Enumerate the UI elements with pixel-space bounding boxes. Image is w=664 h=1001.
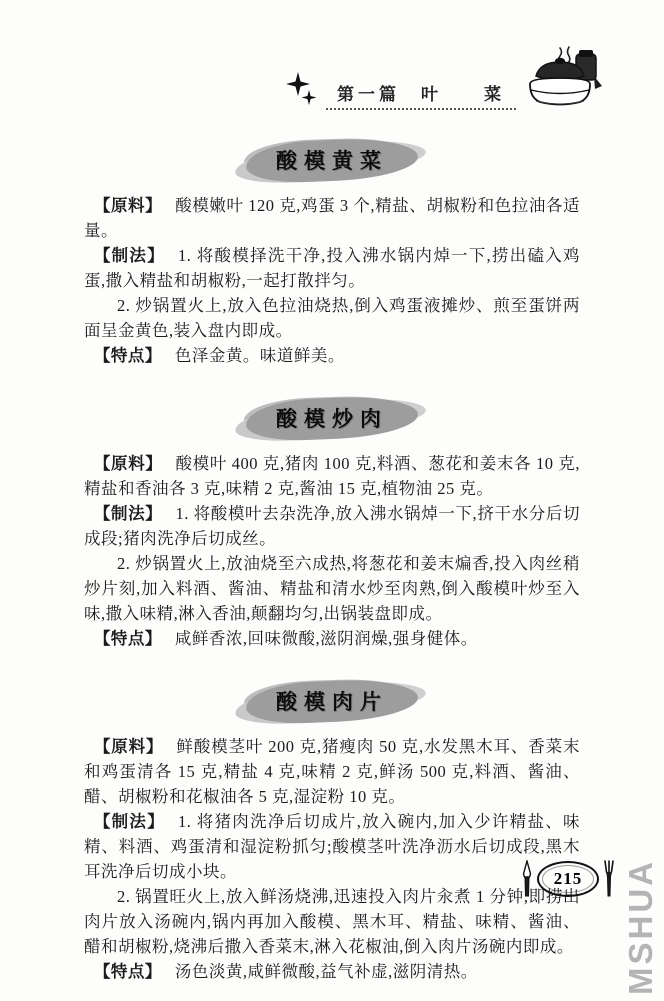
features-label: 【特点】 [94, 962, 162, 981]
features-paragraph: 【特点】汤色淡黄,咸鲜微酸,益气补虚,滋阴清热。 [84, 959, 580, 984]
recipe-section-3: 酸模肉片 【原料】鲜酸模茎叶 200 克,猪瘦肉 50 克,水发黑木耳、香菜末和… [84, 681, 580, 984]
method-label: 【制法】 [94, 812, 165, 831]
recipe-section-2: 酸模炒肉 【原料】酸模叶 400 克,猪肉 100 克,料酒、葱花和姜末各 10… [84, 398, 580, 651]
features-text: 色泽金黄。味道鲜美。 [175, 346, 345, 365]
method-step-2: 2. 炒锅置火上,放入色拉油烧热,倒入鸡蛋液摊炒、煎至蛋饼两面呈金黄色,装入盘内… [84, 296, 580, 340]
method-step-2: 2. 炒锅置火上,放油烧至六成热,将葱花和姜末煸香,投入肉丝稍炒片刻,加入料酒、… [84, 554, 580, 623]
method-step-2: 2. 锅置旺火上,放入鲜汤烧沸,迅速投入肉片汆煮 1 分钟,即捞出肉片放入汤碗内… [84, 887, 580, 956]
book-page: 第一篇 叶 菜 [0, 0, 664, 1001]
chapter-header: 第一篇 叶 菜 [284, 44, 606, 110]
method-label: 【制法】 [94, 504, 163, 523]
ingredients-label: 【原料】 [94, 737, 164, 756]
features-paragraph: 【特点】咸鲜香浓,回味微酸,滋阴润燥,强身健体。 [84, 626, 580, 651]
sparkle-stars-icon [284, 72, 326, 108]
recipe-banner: 酸模黄菜 [246, 140, 418, 181]
method-step-paragraph: 2. 炒锅置火上,放油烧至六成热,将葱花和姜末煸香,投入肉丝稍炒片刻,加入料酒、… [84, 551, 580, 626]
method-step-paragraph: 【制法】1. 将猪肉洗净后切成片,放入碗内,加入少许精盐、味精、料酒、鸡蛋清和湿… [84, 809, 580, 884]
ingredients-paragraph: 【原料】酸模嫩叶 120 克,鸡蛋 3 个,精盐、胡椒粉和色拉油各适量。 [84, 193, 580, 243]
chapter-title-rule: 第一篇 叶 菜 [326, 80, 516, 110]
recipe-banner: 酸模炒肉 [246, 398, 418, 439]
method-step-paragraph: 2. 炒锅置火上,放入色拉油烧热,倒入鸡蛋液摊炒、煎至蛋饼两面呈金黄色,装入盘内… [84, 293, 580, 343]
ingredients-paragraph: 【原料】鲜酸模茎叶 200 克,猪瘦肉 50 克,水发黑木耳、香菜末和鸡蛋清各 … [84, 734, 580, 809]
ingredients-paragraph: 【原料】酸模叶 400 克,猪肉 100 克,料酒、葱花和姜末各 10 克,精盐… [84, 451, 580, 501]
features-paragraph: 【特点】色泽金黄。味道鲜美。 [84, 343, 580, 368]
method-label: 【制法】 [94, 246, 165, 265]
chapter-title: 第一篇 叶 菜 [333, 80, 509, 108]
features-text: 汤色淡黄,咸鲜微酸,益气补虚,滋阴清热。 [175, 962, 478, 981]
recipe-title: 酸模肉片 [276, 690, 388, 714]
recipe-banner: 酸模肉片 [246, 681, 418, 722]
recipe-title: 酸模黄菜 [276, 149, 388, 173]
dotted-divider [326, 108, 516, 110]
recipe-section-1: 酸模黄菜 【原料】酸模嫩叶 120 克,鸡蛋 3 个,精盐、胡椒粉和色拉油各适量… [84, 140, 580, 368]
features-label: 【特点】 [94, 629, 162, 648]
page-number-oval: 215 [537, 861, 599, 897]
recipe-title: 酸模炒肉 [276, 407, 388, 431]
page-footer: 215 [520, 860, 616, 898]
fork-icon [602, 860, 616, 898]
ingredients-label: 【原料】 [94, 196, 162, 215]
page-number: 215 [554, 869, 583, 889]
recipe-banner-row: 酸模炒肉 [84, 398, 580, 439]
features-label: 【特点】 [94, 346, 162, 365]
method-step-paragraph: 【制法】1. 将酸模叶去杂洗净,放入沸水锅焯一下,挤干水分后切成段;猪肉洗净后切… [84, 501, 580, 551]
recipe-banner-row: 酸模黄菜 [84, 140, 580, 181]
recipe-banner-row: 酸模肉片 [84, 681, 580, 722]
covered-dish-illustration [522, 46, 606, 116]
watermark-text: MSHUA [622, 859, 660, 995]
knife-icon [520, 860, 534, 898]
features-text: 咸鲜香浓,回味微酸,滋阴润燥,强身健体。 [175, 629, 478, 648]
ingredients-label: 【原料】 [94, 454, 163, 473]
method-step-paragraph: 2. 锅置旺火上,放入鲜汤烧沸,迅速投入肉片汆煮 1 分钟,即捞出肉片放入汤碗内… [84, 884, 580, 959]
method-step-paragraph: 【制法】1. 将酸模择洗干净,投入沸水锅内焯一下,捞出磕入鸡蛋,撒入精盐和胡椒粉… [84, 243, 580, 293]
